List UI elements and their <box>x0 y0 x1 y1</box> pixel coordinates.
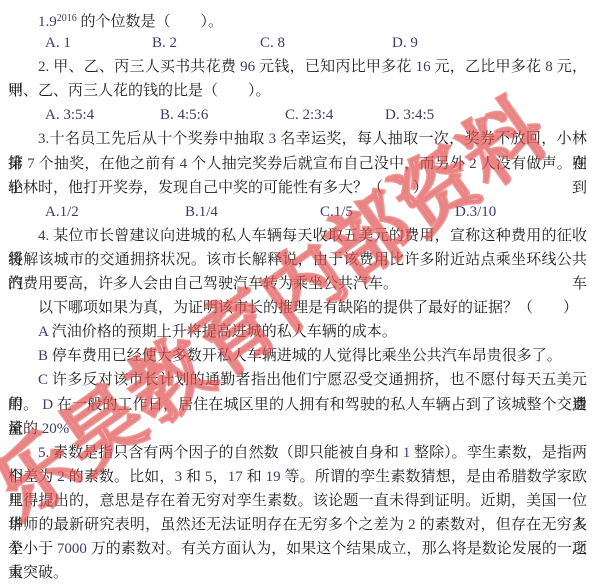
number-text: 16 <box>416 59 431 75</box>
cn-text: 小林时，他打开奖券，发现自己中奖的可能性有多大？（ ） <box>8 180 428 196</box>
text-line: 3.十名员工先后从十个奖券中抽取 3 名幸运奖，每人抽取一次，奖券不放回，小林排… <box>8 127 587 151</box>
number-text: 20% <box>42 421 70 437</box>
cn-text: 个抽奖，在他之前有 <box>35 156 180 172</box>
cn-text: 十名员工先后从十个奖券中抽取 <box>49 131 268 147</box>
cn-text: 的费用要高，许多人会由自己驾驶汽车转为乘坐公共汽车。 <box>8 276 398 292</box>
text-line: C 许多反对该市长计划的通勤者指出他们宁愿忍受交通拥挤，也不愿付每天五美元的费 <box>8 368 587 392</box>
text-line: 相差为 2 的素数。比如，3 和 5，17 和 19 等。所谓的孪生素数猜想，是… <box>8 465 587 489</box>
cn-text: ， <box>212 469 227 485</box>
number-text: 3. <box>38 131 49 147</box>
cn-text: 甲、乙、丙三人买书共花费 <box>53 59 240 75</box>
number-text: C <box>38 372 52 388</box>
number-text: 17 <box>228 469 243 485</box>
cn-text: 素数是指只含有两个因子的自然数（即只能被自身和 <box>53 445 403 461</box>
text-line: 里得提出的，意思是存在着无穷对孪生素数。该论题一直未得到证明。近期，美国一位华人 <box>8 489 587 513</box>
number-text: B <box>38 348 52 364</box>
option-item: B. 4:5:6 <box>160 103 285 127</box>
cn-text: 差小于 <box>8 541 57 557</box>
option-item: C. 8 <box>260 31 392 55</box>
option-item: A.1/2 <box>45 200 185 224</box>
option-item: A. 1 <box>45 31 152 55</box>
text-line: 讲师的最新研究表明，虽然还无法证明存在无穷多个之差为 2 的素数对，但存在无穷多… <box>8 513 587 537</box>
text-line: 4. 某位市长曾建议向进城的私人车辆每天收取五美元的费用，宣称这种费用的征收将 <box>8 224 587 248</box>
number-text: D <box>42 397 57 413</box>
cn-text: 讲师的最新研究表明，虽然还无法证明存在无穷多个之差为 <box>8 517 408 533</box>
number-text: 2 <box>469 156 477 172</box>
cn-text: 停车费用已经使大多数开私人车辆进城的人觉得比乘坐公共汽车昂贵很多了。 <box>52 348 562 364</box>
cn-text: 以下哪项如果为真，为证明该市长的推理是有缺陷的提供了最好的证据？（ ） <box>38 300 578 316</box>
option-item: D. 9 <box>392 31 418 55</box>
option-item: C.1/5 <box>320 200 455 224</box>
option-item: A. 3:5:4 <box>45 103 160 127</box>
number-text: 8 <box>545 59 553 75</box>
number-text: 96 <box>240 59 255 75</box>
cn-text: 第 <box>8 156 27 172</box>
number-text: A <box>38 324 52 340</box>
text-line: 缓解该城市的交通拥挤状况。该市长解释说，由于该费用比许多附近站点乘坐环线公共汽车 <box>8 248 587 272</box>
number-text: 2. <box>38 59 53 75</box>
cn-text: 相差为 <box>8 469 57 485</box>
text-line: 以下哪项如果为真，为证明该市长的推理是有缺陷的提供了最好的证据？（ ） <box>8 296 587 320</box>
options-row: A.1/2B.1/4C.1/5D.3/10 <box>8 200 587 224</box>
option-item: D. 3:4:5 <box>385 103 434 127</box>
text-line: 差小于 7000 万的素数对。有关方面认为，如果这个结果成立，那么将是数论发展的… <box>8 537 587 561</box>
cn-text: 个人抽完奖券后就宣布自己没中，而另外 <box>187 156 469 172</box>
number-text: 5. <box>38 445 53 461</box>
number-text: 4. <box>38 228 53 244</box>
number-text: 3 <box>175 469 183 485</box>
text-line: 大突破。 <box>8 561 587 585</box>
option-item: D.3/10 <box>455 200 496 224</box>
text-line: 1.92016 的个位数是（ ）。 <box>8 7 587 31</box>
cn-text: 汽油价格的预期上升将提高进城的私人车辆的成本。 <box>52 324 397 340</box>
number-text: 7 <box>27 156 35 172</box>
superscript-number: 2016 <box>57 13 77 24</box>
text-line: 5. 素数是指只含有两个因子的自然数（即只能被自身和 1 整除）。孪生素数，是指… <box>8 441 587 465</box>
number-text: 19 <box>266 469 281 485</box>
document-page: 乐昊教育内部资料 1.92016 的个位数是（ ）。A. 1B. 2C. 8D.… <box>0 0 595 585</box>
cn-text: 和 <box>182 469 205 485</box>
options-row: A. 3:5:4B. 4:5:6C. 2:3:4D. 3:4:5 <box>8 103 587 127</box>
number-text: 2 <box>408 517 416 533</box>
text-line: B 停车费用已经使大多数开私人车辆进城的人觉得比乘坐公共汽车昂贵很多了。 <box>8 344 587 368</box>
cn-text: 元钱，已知丙比甲多花 <box>255 59 415 75</box>
cn-text: 元，乙比甲多花 <box>431 59 546 75</box>
cn-text: 和 <box>243 469 266 485</box>
options-row: A. 1B. 2C. 8D. 9 <box>8 31 587 55</box>
number-text: 7000 <box>57 541 87 557</box>
text-line: 量的 20% <box>8 417 587 441</box>
cn-text: 甲、乙、丙三人花的钱的比是（ ）。 <box>8 83 271 99</box>
cn-text: 量的 <box>8 421 42 437</box>
number-text: 1.9 <box>38 14 57 30</box>
number-text: 2 <box>57 469 65 485</box>
text-line: 第 7 个抽奖，在他之前有 4 个人抽完奖券后就宣布自己没中，而另外 2 人没有… <box>8 152 587 176</box>
cn-text: 用。 <box>8 397 42 413</box>
option-item: B. 2 <box>152 31 260 55</box>
text-line: 用。 D 在一般的工作日，居住在城区里的人拥有和驾驶的私人车辆占到了该城整个交通… <box>8 393 587 417</box>
option-item: C. 2:3:4 <box>285 103 385 127</box>
question-text-block: 1.92016 的个位数是（ ）。A. 1B. 2C. 8D. 92. 甲、乙、… <box>8 7 587 585</box>
cn-text: 的个位数是（ ）。 <box>77 14 223 30</box>
cn-text: 大突破。 <box>8 565 68 581</box>
text-line: A 汽油价格的预期上升将提高进城的私人车辆的成本。 <box>8 320 587 344</box>
cn-text: 的素数。比如， <box>65 469 175 485</box>
text-line: 2. 甲、乙、丙三人买书共花费 96 元钱，已知丙比甲多花 16 元，乙比甲多花… <box>8 55 587 79</box>
option-item: B.1/4 <box>185 200 320 224</box>
text-line: 甲、乙、丙三人花的钱的比是（ ）。 <box>8 79 587 103</box>
